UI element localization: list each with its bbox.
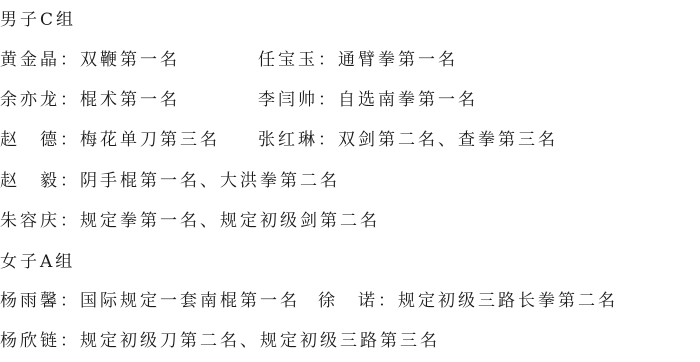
award-row: 杨雨馨：国际规定一套南棍第一名 徐 诺：规定初级三路长拳第二名	[0, 288, 300, 314]
group-heading-men-c: 男子C组	[0, 7, 76, 33]
group-heading-women-a: 女子A组	[0, 249, 75, 275]
award-entry: 任宝玉：通臂拳第一名	[258, 47, 458, 73]
award-entry: 李闫帅：自选南拳第一名	[258, 87, 478, 113]
award-entry: 赵 毅：阴手棍第一名、大洪拳第二名	[0, 171, 340, 191]
award-entry: 朱容庆：规定拳第一名、规定初级剑第二名	[0, 211, 380, 231]
award-row: 黄金晶：双鞭第一名 任宝玉：通臂拳第一名	[0, 47, 180, 73]
award-row: 余亦龙：棍术第一名 李闫帅：自选南拳第一名	[0, 87, 180, 113]
award-entry: 杨雨馨：国际规定一套南棍第一名	[0, 291, 300, 311]
award-row: 赵 德：梅花单刀第三名 张红琳：双剑第二名、查拳第三名	[0, 127, 220, 153]
award-entry: 杨欣链：规定初级刀第二名、规定初级三路第三名	[0, 331, 440, 351]
award-entry: 黄金晶：双鞭第一名	[0, 50, 180, 70]
award-entry: 徐 诺：规定初级三路长拳第二名	[318, 288, 618, 314]
award-row: 赵 毅：阴手棍第一名、大洪拳第二名	[0, 168, 340, 194]
award-row: 朱容庆：规定拳第一名、规定初级剑第二名	[0, 208, 380, 234]
award-entry: 赵 德：梅花单刀第三名	[0, 130, 220, 150]
award-entry: 余亦龙：棍术第一名	[0, 90, 180, 110]
award-entry: 张红琳：双剑第二名、查拳第三名	[258, 127, 558, 153]
award-row: 杨欣链：规定初级刀第二名、规定初级三路第三名	[0, 328, 440, 354]
